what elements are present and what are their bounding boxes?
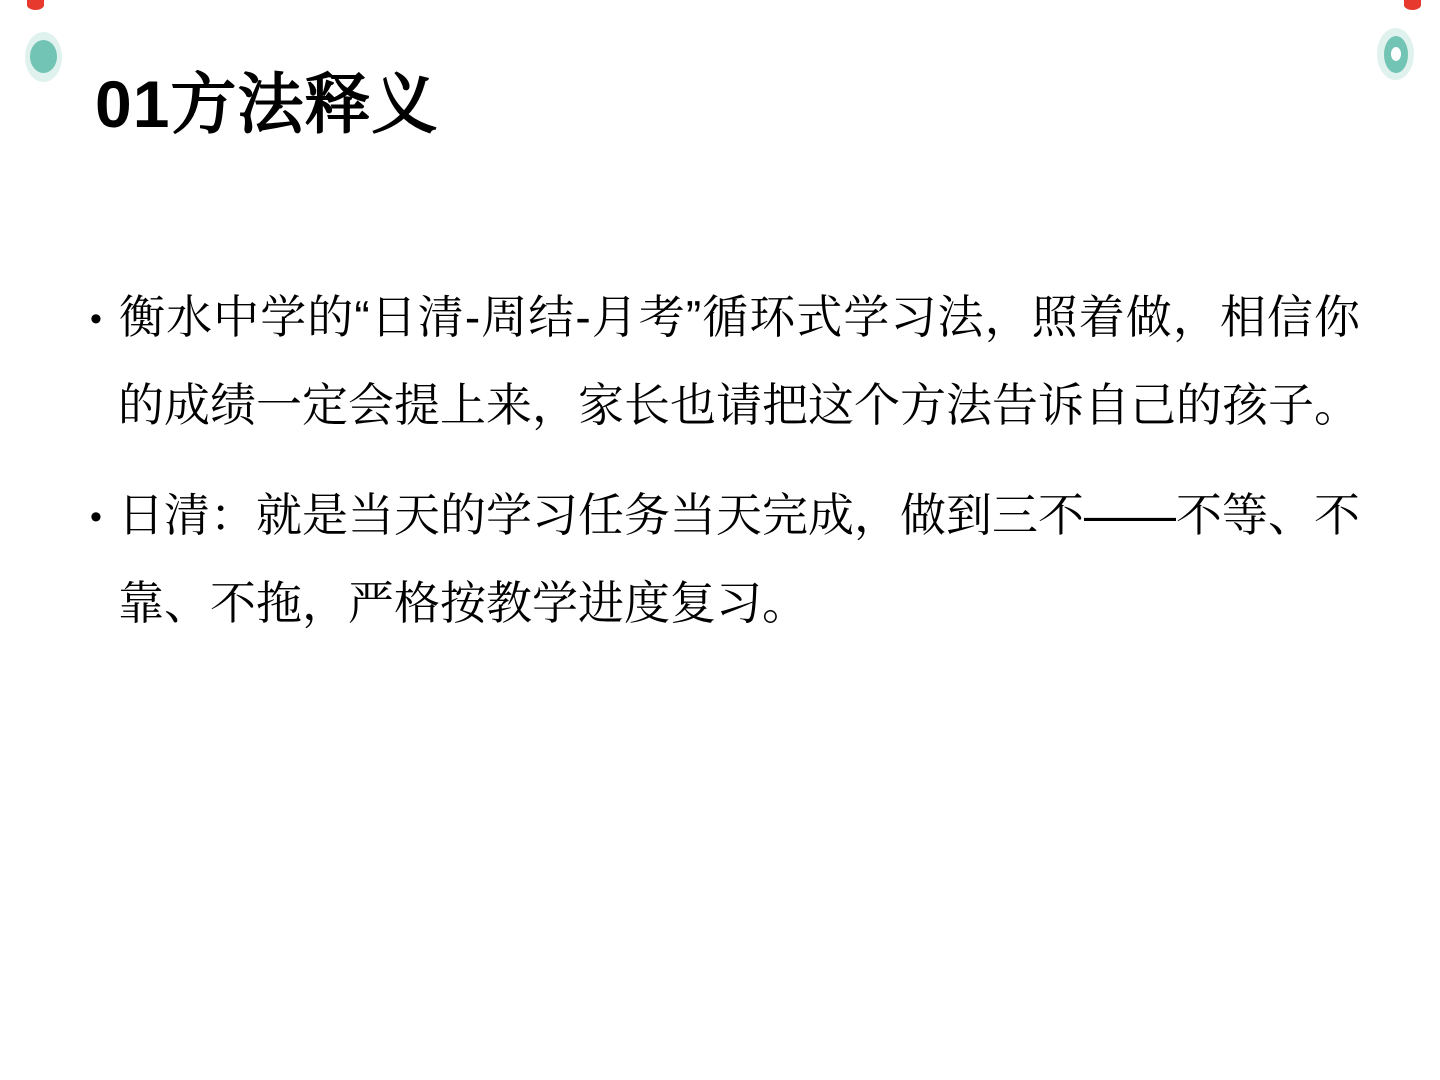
bullet-text-2: 日清：就是当天的学习任务当天完成，做到三不——不等、不靠、不拖，严格按教学进度复… — [118, 489, 1360, 629]
slide-title: 01方法释义 — [95, 64, 438, 144]
teal-ring-decoration — [1377, 28, 1414, 80]
teal-ring — [1384, 36, 1408, 73]
bullet-text-1: 衡水中学的“日清-周结-月考”循环式学习法，照着做，相信你的成绩一定会提上来，家… — [118, 291, 1360, 431]
bullet-item-1: •衡水中学的“日清-周结-月考”循环式学习法，照着做，相信你的成绩一定会提上来，… — [90, 274, 1360, 448]
teal-dot-decoration — [25, 32, 62, 82]
red-corner-mark-right — [1404, 0, 1421, 10]
slide-body: •衡水中学的“日清-周结-月考”循环式学习法，照着做，相信你的成绩一定会提上来，… — [90, 274, 1360, 670]
teal-ring-hole — [1391, 47, 1401, 61]
bullet-marker: • — [90, 474, 118, 560]
bullet-item-2: •日清：就是当天的学习任务当天完成，做到三不——不等、不靠、不拖，严格按教学进度… — [90, 472, 1360, 646]
teal-dot-inner — [30, 40, 57, 73]
bullet-marker: • — [90, 276, 118, 362]
slide: 01方法释义 •衡水中学的“日清-周结-月考”循环式学习法，照着做，相信你的成绩… — [0, 0, 1440, 1080]
red-corner-mark-left — [27, 0, 44, 10]
